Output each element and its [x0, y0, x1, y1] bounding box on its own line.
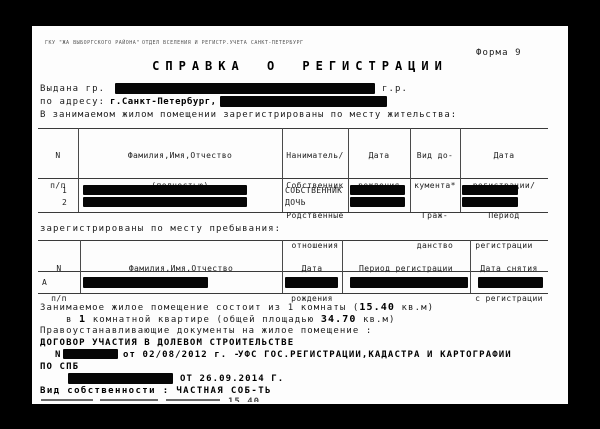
- stay-intro-text: зарегистрированы по месту пребывания:: [40, 224, 281, 235]
- ownership-type-line: Вид собственности : ЧАСТНАЯ СОБ-ТЬ: [40, 386, 272, 397]
- issued-to-label: Выдана гр.: [40, 84, 105, 95]
- header-line: Дата: [348, 151, 410, 161]
- address-label: по адресу:: [40, 97, 105, 108]
- redaction-bar-row2-name: [83, 197, 247, 207]
- screenshot-root: { "header": { "agency": "ГКУ \"ЖА ВЫБОРГ…: [0, 0, 600, 429]
- header-line: Родственные: [282, 211, 348, 221]
- authority-line1: УФС ГОС.РЕГИСТРАЦИИ,КАДАСТРА И КАРТОГРАФ…: [238, 350, 512, 361]
- apartment-line: в 1 комнатной квартире (общей площадью 3…: [66, 314, 396, 326]
- header-line: Наниматель/: [282, 151, 348, 161]
- clipped-text-remnant: [166, 399, 220, 401]
- agency-name: ГКУ "ЖА ВЫБОРГСКОГО РАЙОНА": [45, 40, 140, 46]
- room-area-value: 15.40: [359, 302, 395, 313]
- address-city: г.Санкт-Петербург,: [110, 97, 217, 108]
- clipped-text-remnant: [100, 399, 158, 401]
- header-line: Дата: [460, 151, 548, 161]
- document-number-label: N: [55, 350, 62, 361]
- department-name: ОТДЕЛ ВСЕЛЕНИЯ И РЕГИСТР.УЧЕТА САНКТ-ПЕТ…: [142, 40, 303, 46]
- title-documents-intro: Правоустанавливающие документы на жилое …: [40, 326, 372, 337]
- clipped-text-remnant: [41, 399, 93, 401]
- redaction-bar-rowA-period: [350, 277, 468, 288]
- document-date: от 02/08/2012 г. -: [123, 350, 240, 361]
- table1-header-num: N п/п: [38, 131, 78, 211]
- redaction-bar-rowA-birthdate: [285, 277, 338, 288]
- header-line: Граж-: [410, 211, 460, 221]
- redaction-bar-row2-regdate: [462, 197, 518, 207]
- redaction-bar-row1-name: [83, 185, 247, 195]
- redaction-bar-doc-number: [63, 349, 118, 359]
- header-line: Дата снятия: [470, 264, 548, 274]
- clipped-area-fragment: 15.40: [228, 397, 272, 402]
- redaction-bar-rowA-removal: [478, 277, 543, 288]
- document-title: СПРАВКА О РЕГИСТРАЦИИ: [32, 59, 568, 73]
- table2-rowA-num: А: [42, 278, 47, 288]
- occupied-text: Занимаемое жилое помещение состоит из 1 …: [40, 303, 359, 313]
- apartment-text-mid: комнатной квартире (общей площадью: [86, 315, 321, 325]
- occupied-text-end: кв.м): [395, 303, 434, 313]
- scanned-document-page: ГКУ "ЖА ВЫБОРГСКОГО РАЙОНА" ОТДЕЛ ВСЕЛЕН…: [32, 26, 568, 404]
- redaction-bar-reg-doc: [68, 373, 173, 384]
- table2-top-border: [38, 240, 548, 241]
- redaction-bar-row1-regdate: [462, 185, 518, 195]
- residence-intro-text: В занимаемом жилом помещении зарегистрир…: [40, 110, 457, 121]
- table1-row2-num: 2: [62, 198, 67, 208]
- table1-row1-relation: СОБСТВЕННИК: [285, 186, 342, 196]
- redaction-bar-row1-birthdate: [350, 185, 405, 195]
- occupied-premises-line: Занимаемое жилое помещение состоит из 1 …: [40, 302, 434, 314]
- birth-year-suffix: г.р.: [382, 84, 408, 95]
- header-line: Период регистрации: [342, 264, 470, 274]
- redaction-bar-name: [115, 83, 375, 94]
- authority-line2: ПО СПБ: [40, 362, 79, 373]
- header-line: Дата: [282, 264, 342, 274]
- total-area-value: 34.70: [321, 314, 357, 325]
- header-line: Период: [460, 211, 548, 221]
- header-line: N: [38, 264, 80, 274]
- header-line: Фамилия,Имя,Отчество: [78, 151, 282, 161]
- header-line: кумента*: [410, 181, 460, 191]
- apartment-text-end: кв.м): [356, 315, 395, 325]
- header-line: Вид до-: [410, 151, 460, 161]
- registration-date: ОТ 26.09.2014 Г.: [180, 374, 284, 385]
- header-line: Фамилия,Имя,Отчество: [80, 264, 282, 274]
- redaction-bar-rowA-name: [83, 277, 208, 288]
- header-line: п/п: [38, 181, 78, 191]
- form-number-label: Форма 9: [476, 48, 522, 59]
- header-line: с регистрации: [470, 294, 548, 304]
- header-line: N: [38, 151, 78, 161]
- table1-row1-num: 1: [62, 186, 67, 196]
- table1-row2-relation: ДОЧЬ: [285, 198, 306, 208]
- document-type-line: ДОГОВОР УЧАСТИЯ В ДОЛЕВОМ СТРОИТЕЛЬСТВЕ: [40, 338, 294, 349]
- redaction-bar-row2-birthdate: [350, 197, 405, 207]
- redaction-bar-address: [220, 96, 387, 107]
- apartment-text: в: [66, 315, 79, 325]
- table1-top-border: [38, 128, 548, 129]
